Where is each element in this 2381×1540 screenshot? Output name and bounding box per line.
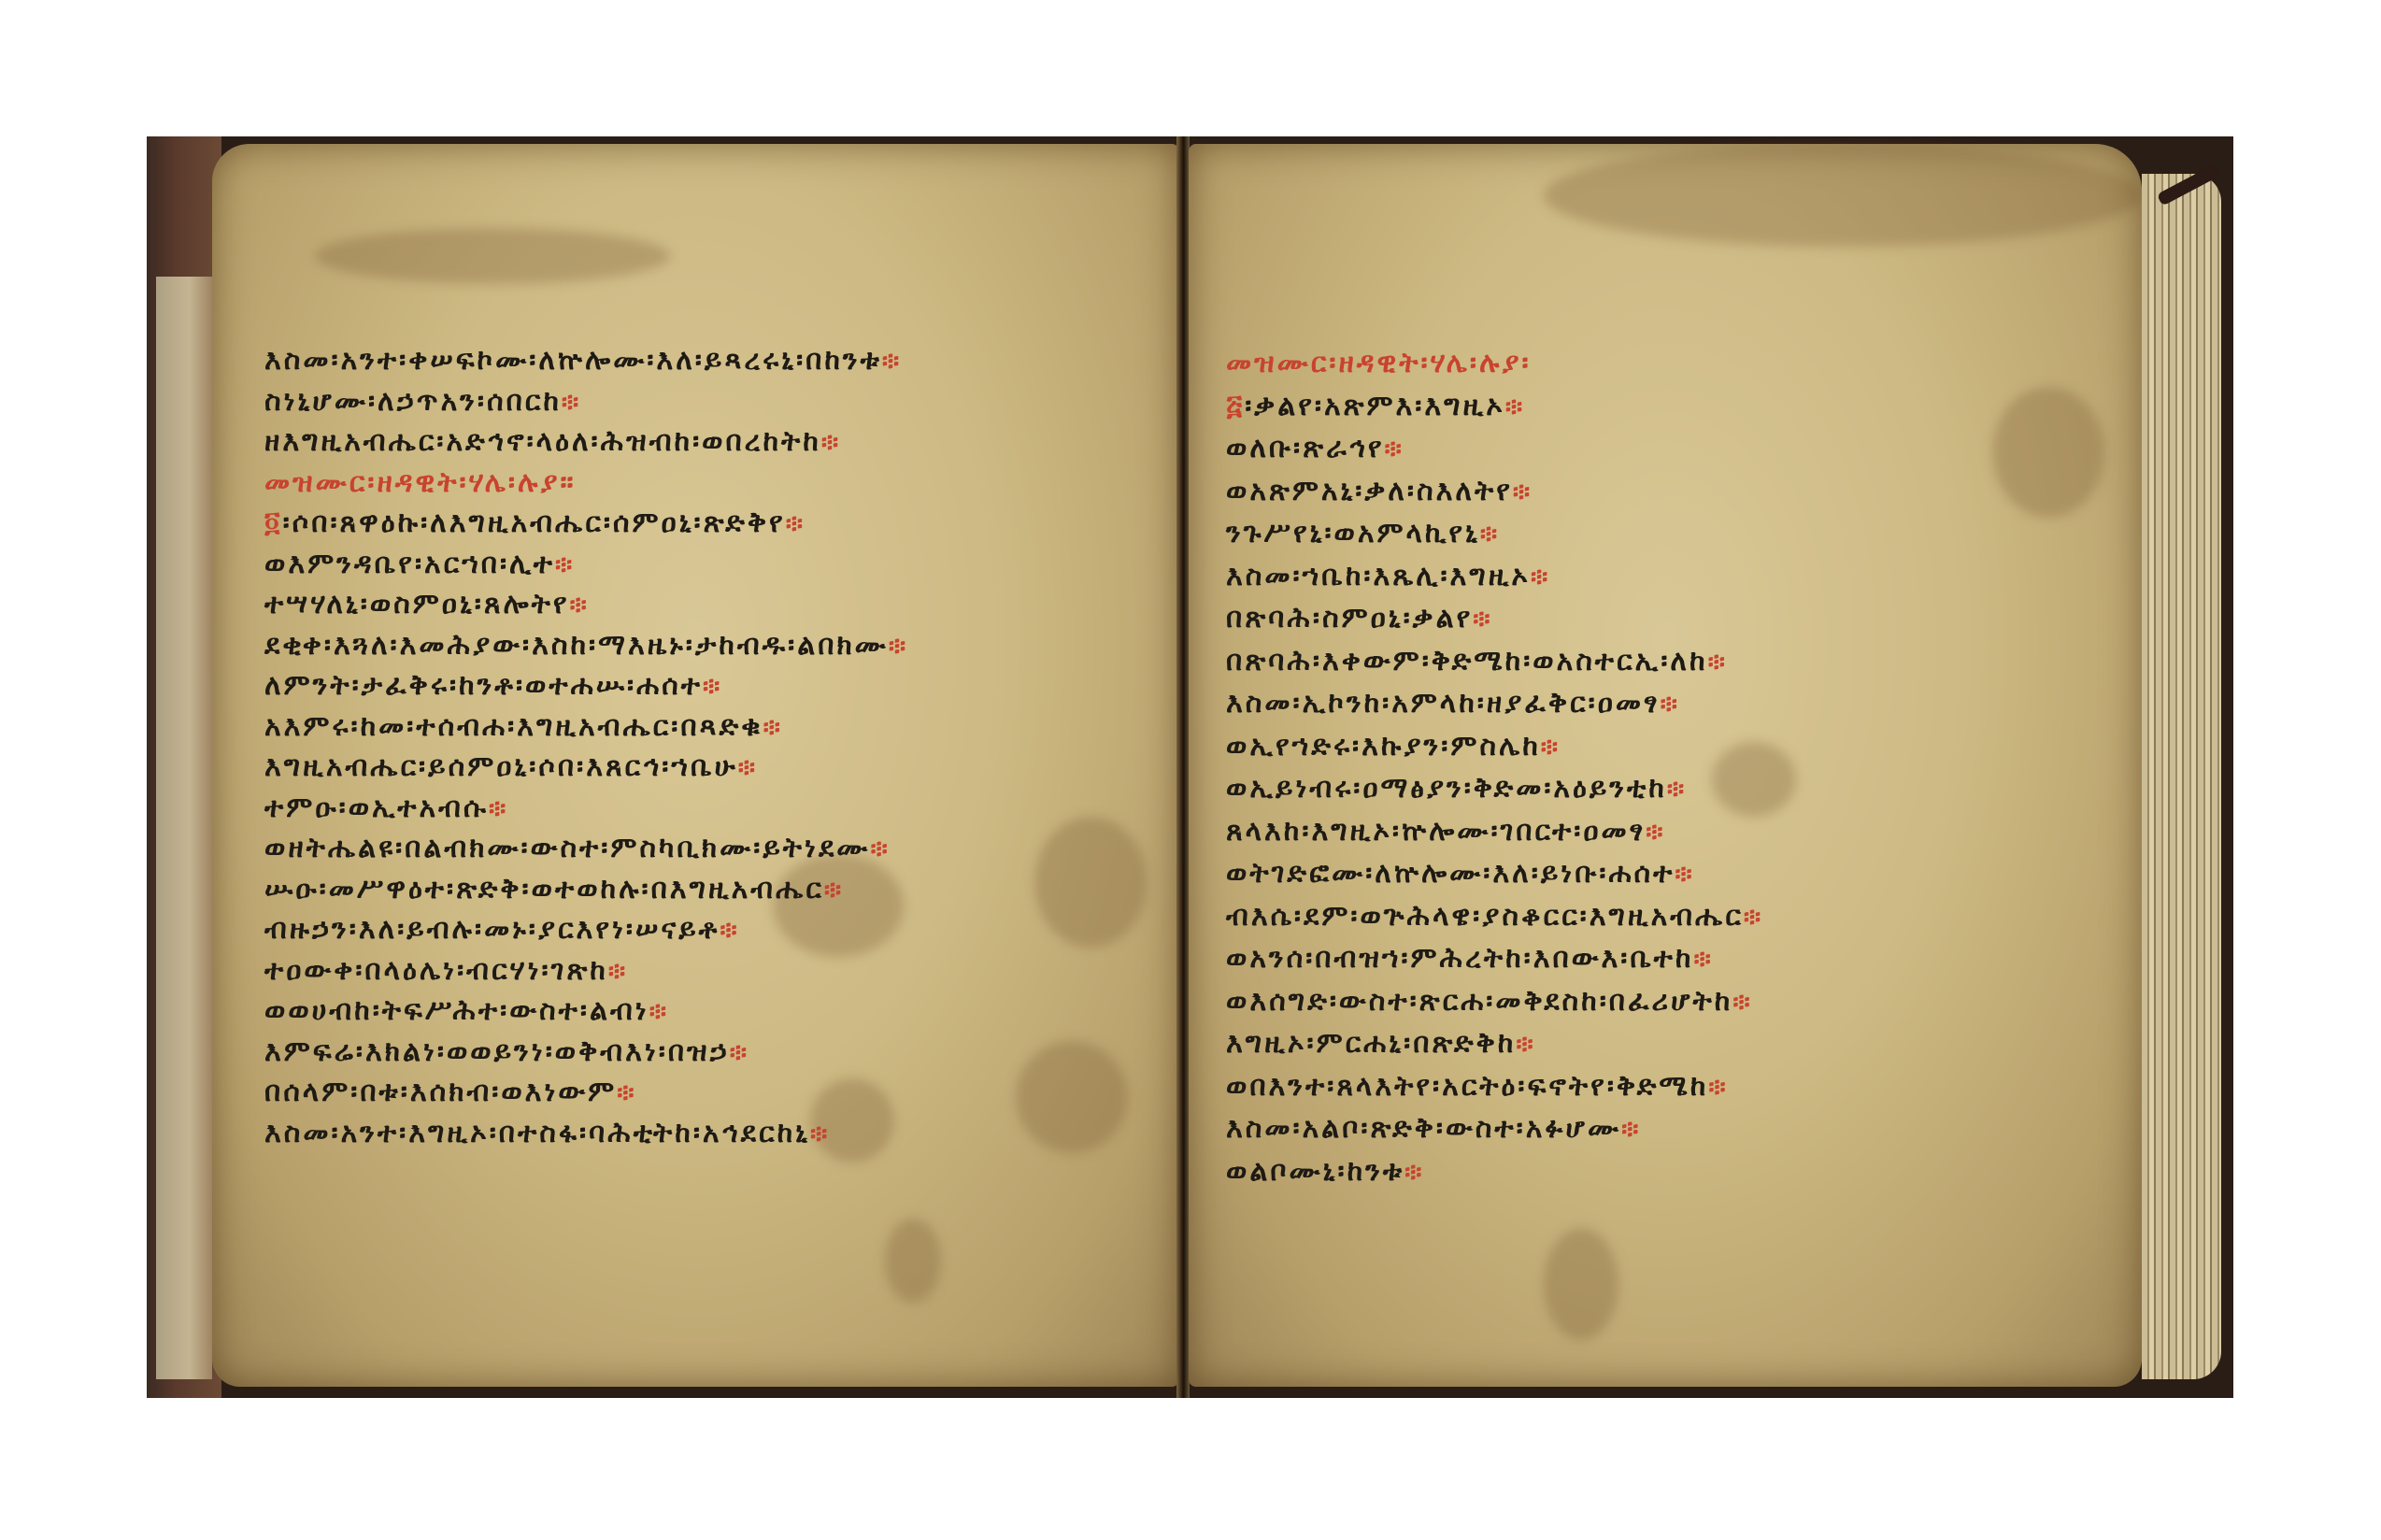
manuscript-line: ወዘትሔልዩ፡በልብክሙ፡ውስተ፡ምስካቢክሙ፡ይትነደሙ፨ — [264, 830, 891, 868]
manuscript-line: እግዚአብሔር፡ይሰምዐኒ፡ሶበ፡እጸርኅ፡ኀቤሁ፨ — [264, 749, 758, 787]
line-text: በጽባሕ፡እቀውም፡ቅድሜከ፡ወአስተርኢ፡ለከ — [1226, 645, 1708, 677]
verse-end-mark: ፨ — [1541, 734, 1561, 762]
verse-end-mark: ፨ — [821, 429, 841, 457]
manuscript-line: አእምሩ፡ከመ፡ተሰብሐ፡እግዚአብሔር፡በጻድቁ፨ — [264, 708, 783, 747]
line-text: እስመ፡ኢኮንከ፡አምላከ፡ዘያፈቅር፡ዐመፃ — [1226, 687, 1661, 720]
manuscript-line: ሡዑ፡መሥዋዕተ፡ጽድቅ፡ወተወከሉ፡በእግዚአብሔር፨ — [264, 871, 844, 909]
line-text: እስመ፡አንተ፡ቀሠፍኮሙ፡ለኵሎሙ፡እለ፡ይጻረሩኒ፡በከንቱ — [264, 344, 882, 377]
line-text: ፡ሶበ፡ጸዋዕኩ፡ለእግዚአብሔር፡ሰምዐኒ፡ጽድቅየ — [283, 506, 786, 539]
verse-end-mark: ፨ — [562, 389, 581, 417]
line-text: ጸላእከ፡እግዚኦ፡ኵሎሙ፡ገበርተ፡ዐመፃ — [1226, 815, 1646, 848]
manuscript-line: ወአጽምአኒ፡ቃለ፡ስእለትየ፨ — [1226, 473, 1533, 511]
verse-number: ፭ — [1226, 390, 1245, 422]
line-text: ወለቡ፡ጽራኅየ — [1226, 432, 1385, 464]
manuscript-line: ተዐውቀ፡በላዕሌነ፡ብርሃነ፡ገጽከ፨ — [264, 952, 628, 991]
manuscript-line: ብእሴ፡ደም፡ወጕሕላዌ፡ያስቆርር፡እግዚአብሔር፨ — [1226, 898, 1763, 936]
line-text: ተዐውቀ፡በላዕሌነ፡ብርሃነ፡ገጽከ — [264, 954, 608, 987]
manuscript-line: በጽባሕ፡ስምዐኒ፡ቃልየ፨ — [1226, 600, 1493, 638]
line-text: ስነኒሆሙ፡ለኃጥአን፡ሰበርከ — [264, 385, 562, 418]
manuscript-line: ተምዑ፡ወኢተአብሱ፨ — [264, 790, 508, 828]
manuscript-scan: እስመ፡አንተ፡ቀሠፍኮሙ፡ለኵሎሙ፡እለ፡ይጻረሩኒ፡በከንቱ፨ስነኒሆሙ፡ለ… — [147, 136, 2233, 1398]
manuscript-line: ወለቡ፡ጽራኅየ፨ — [1226, 430, 1404, 468]
line-text: ንጉሥየኒ፡ወአምላኪየኒ — [1226, 517, 1480, 549]
verse-end-mark: ፨ — [1732, 989, 1752, 1017]
line-text: ዘእግዚአብሔር፡አድኅኖ፡ላዕለ፡ሕዝብከ፡ወበረከትከ — [264, 425, 821, 458]
verse-end-mark: ፨ — [763, 714, 783, 742]
line-text: እስመ፡አልቦ፡ጽድቅ፡ውስተ፡አፉሆሙ — [1226, 1112, 1621, 1145]
line-text: ወዘትሔልዩ፡በልብክሙ፡ውስተ፡ምስካቢክሙ፡ይትነደሙ — [264, 832, 870, 864]
verse-end-mark: ፨ — [738, 754, 758, 782]
verse-end-mark: ፨ — [882, 348, 902, 376]
verse-end-mark: ፨ — [489, 795, 508, 823]
manuscript-line: እግዚኦ፡ምርሐኒ፡በጽድቅከ፨ — [1226, 1025, 1536, 1063]
verse-end-mark: ፨ — [786, 510, 806, 538]
manuscript-line: እስመ፡ኀቤከ፡እጼሊ፡እግዚኦ፨ — [1226, 558, 1550, 596]
water-stain — [1712, 742, 1796, 817]
line-text: እግዚኦ፡ምርሐኒ፡በጽድቅከ — [1226, 1027, 1516, 1060]
verse-end-mark: ፨ — [1385, 435, 1404, 463]
manuscript-line: ለምንት፡ታፈቅሩ፡ከንቶ፡ወተሐሡ፡ሐሰተ፨ — [264, 667, 722, 706]
verse-end-mark: ፨ — [1480, 520, 1500, 549]
line-text: ተሣሃለኒ፡ወስምዐኒ፡ጸሎትየ — [264, 588, 570, 620]
manuscript-line: ወእምንዳቤየ፡አርኀበ፡ሊተ፨ — [264, 546, 575, 584]
manuscript-line: ስነኒሆሙ፡ለኃጥአን፡ሰበርከ፨ — [264, 383, 581, 421]
water-stain — [1992, 387, 2104, 518]
verse-end-mark: ፨ — [1708, 1074, 1728, 1102]
verse-end-mark: ፨ — [1516, 1031, 1535, 1059]
manuscript-line: ደቂቀ፡እጓለ፡እመሕያው፡እስከ፡ማእዜኑ፡ታከብዱ፡ልበክሙ፨ — [264, 627, 908, 665]
verse-end-mark: ፨ — [649, 998, 669, 1026]
line-text: ብዙኃን፡እለ፡ይብሉ፡መኑ፡ያርእየነ፡ሠናይቶ — [264, 913, 720, 946]
right-page: መዝሙር፡ዘዳዊት፡ሃሌ፡ሉያ፡፭፡ቃልየ፡አጽምእ፡እግዚኦ፨ወለቡ፡ጽራኅየ… — [1189, 144, 2142, 1387]
manuscript-line: በሰላም፡በቱ፡እሰክብ፡ወእነውም፨ — [264, 1074, 636, 1112]
line-text: ወእሰግድ፡ውስተ፡ጽርሐ፡መቅደስከ፡በፈሪሆትከ — [1226, 985, 1732, 1018]
line-text: ወትገድፎሙ፡ለኵሎሙ፡እለ፡ይነቡ፡ሐሰተ — [1226, 857, 1675, 890]
line-text: ወእምንዳቤየ፡አርኀበ፡ሊተ — [264, 548, 555, 580]
line-text: ወኢይነብሩ፡ዐማፅያን፡ቅድመ፡አዕይንቲከ — [1226, 772, 1667, 805]
line-text: መዝሙር፡ዘዳዊት፡ሃሌ፡ሉያ። — [264, 466, 577, 499]
line-text: ፡ቃልየ፡አጽምእ፡እግዚኦ — [1245, 390, 1505, 422]
cover-flap — [156, 277, 212, 1379]
verse-end-mark: ፨ — [1708, 649, 1728, 677]
manuscript-line: ወአንሰ፡በብዝኀ፡ምሕረትከ፡እበውእ፡ቤተከ፨ — [1226, 940, 1714, 978]
verse-end-mark: ፨ — [703, 673, 722, 701]
line-text: እግዚአብሔር፡ይሰምዐኒ፡ሶበ፡እጸርኅ፡ኀቤሁ — [264, 750, 738, 783]
water-stain — [1544, 1228, 1618, 1340]
line-text: ወበእንተ፡ጸላእትየ፡አርትዕ፡ፍኖትየ፡ቅድሜከ — [1226, 1070, 1708, 1103]
book-gutter — [1176, 136, 1190, 1398]
line-text: እስመ፡አንተ፡እግዚኦ፡በተስፋ፡ባሕቲትከ፡አኅደርከኒ — [264, 1117, 810, 1149]
verse-end-mark: ፨ — [810, 1120, 830, 1148]
verse-end-mark: ፨ — [889, 633, 908, 661]
line-text: እምፍሬ፡እክልነ፡ወወይንነ፡ወቅብእነ፡በዝኃ — [264, 1035, 730, 1068]
verse-end-mark: ፨ — [1531, 563, 1550, 592]
verse-end-mark: ፨ — [1675, 861, 1694, 889]
line-text: ወልቦሙኒ፡ከንቱ — [1226, 1155, 1404, 1188]
verse-end-mark: ፨ — [1513, 478, 1533, 506]
line-text: ወአጽምአኒ፡ቃለ፡ስእለትየ — [1226, 475, 1513, 507]
manuscript-line: ፭፡ቃልየ፡አጽምእ፡እግዚኦ፨ — [1226, 388, 1525, 426]
manuscript-line: ወኢየኀድሩ፡እኩያን፡ምስሌከ፨ — [1226, 728, 1561, 766]
manuscript-line: ጸላእከ፡እግዚኦ፡ኵሎሙ፡ገበርተ፡ዐመፃ፨ — [1226, 813, 1666, 851]
verse-end-mark: ፨ — [1404, 1159, 1424, 1187]
water-stain — [885, 1219, 941, 1303]
water-stain — [1016, 1041, 1128, 1153]
manuscript-line: እስመ፡አንተ፡ቀሠፍኮሙ፡ለኵሎሙ፡እለ፡ይጻረሩኒ፡በከንቱ፨ — [264, 342, 902, 380]
manuscript-line: ተሣሃለኒ፡ወስምዐኒ፡ጸሎትየ፨ — [264, 586, 590, 624]
manuscript-line: እስመ፡ኢኮንከ፡አምላከ፡ዘያፈቅር፡ዐመፃ፨ — [1226, 685, 1680, 723]
verse-end-mark: ፨ — [1646, 819, 1665, 847]
manuscript-line: ወልቦሙኒ፡ከንቱ፨ — [1226, 1153, 1424, 1191]
verse-number: ፬ — [264, 506, 283, 539]
verse-end-mark: ፨ — [1473, 606, 1492, 634]
line-text: ብእሴ፡ደም፡ወጕሕላዌ፡ያስቆርር፡እግዚአብሔር — [1226, 900, 1744, 933]
water-stain — [1034, 817, 1147, 948]
manuscript-line: በጽባሕ፡እቀውም፡ቅድሜከ፡ወአስተርኢ፡ለከ፨ — [1226, 643, 1728, 681]
verse-end-mark: ፨ — [555, 551, 575, 579]
line-text: ወአንሰ፡በብዝኀ፡ምሕረትከ፡እበውእ፡ቤተከ — [1226, 942, 1693, 975]
manuscript-line: መዝሙር፡ዘዳዊት፡ሃሌ፡ሉያ፡ — [1226, 345, 1532, 382]
line-text: በሰላም፡በቱ፡እሰክብ፡ወእነውም — [264, 1076, 617, 1108]
manuscript-line: ወኢይነብሩ፡ዐማፅያን፡ቅድመ፡አዕይንቲከ፨ — [1226, 770, 1687, 808]
line-text: እስመ፡ኀቤከ፡እጼሊ፡እግዚኦ — [1226, 560, 1531, 592]
line-text: ተምዑ፡ወኢተአብሱ — [264, 791, 489, 824]
manuscript-line: ዘእግዚአብሔር፡አድኅኖ፡ላዕለ፡ሕዝብከ፡ወበረከትከ፨ — [264, 423, 841, 462]
line-text: ወኢየኀድሩ፡እኩያን፡ምስሌከ — [1226, 730, 1541, 763]
verse-end-mark: ፨ — [1621, 1116, 1641, 1144]
verse-end-mark: ፨ — [824, 877, 844, 905]
verse-end-mark: ፨ — [1661, 691, 1680, 719]
manuscript-line: እስመ፡አልቦ፡ጽድቅ፡ውስተ፡አፉሆሙ፨ — [1226, 1110, 1641, 1148]
line-text: ለምንት፡ታፈቅሩ፡ከንቶ፡ወተሐሡ፡ሐሰተ — [264, 669, 703, 702]
book-cover-left — [147, 136, 221, 1398]
verse-end-mark: ፨ — [1693, 946, 1713, 974]
verse-end-mark: ፨ — [1744, 904, 1763, 932]
verse-end-mark: ፨ — [720, 917, 739, 945]
page-edges — [2142, 174, 2221, 1379]
verse-end-mark: ፨ — [1505, 393, 1525, 421]
water-stain — [315, 228, 670, 284]
verse-end-mark: ፨ — [730, 1039, 749, 1067]
verse-end-mark: ፨ — [870, 835, 890, 863]
manuscript-line: እምፍሬ፡እክልነ፡ወወይንነ፡ወቅብእነ፡በዝኃ፨ — [264, 1034, 749, 1072]
manuscript-line: እስመ፡አንተ፡እግዚኦ፡በተስፋ፡ባሕቲትከ፡አኅደርከኒ፨ — [264, 1115, 830, 1153]
manuscript-line: ንጉሥየኒ፡ወአምላኪየኒ፨ — [1226, 515, 1500, 553]
manuscript-line: ወበእንተ፡ጸላእትየ፡አርትዕ፡ፍኖትየ፡ቅድሜከ፨ — [1226, 1068, 1729, 1106]
verse-end-mark: ፨ — [1667, 776, 1687, 804]
manuscript-line: ወትገድፎሙ፡ለኵሎሙ፡እለ፡ይነቡ፡ሐሰተ፨ — [1226, 855, 1695, 893]
line-text: አእምሩ፡ከመ፡ተሰብሐ፡እግዚአብሔር፡በጻድቁ — [264, 710, 763, 743]
manuscript-line: ወወሀብከ፡ትፍሥሕተ፡ውስተ፡ልብነ፨ — [264, 992, 669, 1031]
verse-end-mark: ፨ — [617, 1079, 636, 1107]
line-text: መዝሙር፡ዘዳዊት፡ሃሌ፡ሉያ፡ — [1226, 347, 1532, 379]
manuscript-line: መዝሙር፡ዘዳዊት፡ሃሌ፡ሉያ። — [264, 464, 577, 502]
line-text: ደቂቀ፡እጓለ፡እመሕያው፡እስከ፡ማእዜኑ፡ታከብዱ፡ልበክሙ — [264, 629, 889, 662]
water-stain — [1544, 144, 2142, 247]
left-page: እስመ፡አንተ፡ቀሠፍኮሙ፡ለኵሎሙ፡እለ፡ይጻረሩኒ፡በከንቱ፨ስነኒሆሙ፡ለ… — [212, 144, 1179, 1387]
manuscript-line: ብዙኃን፡እለ፡ይብሉ፡መኑ፡ያርእየነ፡ሠናይቶ፨ — [264, 911, 740, 949]
verse-end-mark: ፨ — [570, 592, 590, 620]
line-text: ወወሀብከ፡ትፍሥሕተ፡ውስተ፡ልብነ — [264, 994, 649, 1027]
line-text: ሡዑ፡መሥዋዕተ፡ጽድቅ፡ወተወከሉ፡በእግዚአብሔር — [264, 873, 824, 905]
manuscript-line: ፬፡ሶበ፡ጸዋዕኩ፡ለእግዚአብሔር፡ሰምዐኒ፡ጽድቅየ፨ — [264, 505, 806, 543]
verse-end-mark: ፨ — [608, 958, 628, 986]
manuscript-line: ወእሰግድ፡ውስተ፡ጽርሐ፡መቅደስከ፡በፈሪሆትከ፨ — [1226, 983, 1753, 1021]
line-text: በጽባሕ፡ስምዐኒ፡ቃልየ — [1226, 602, 1473, 635]
